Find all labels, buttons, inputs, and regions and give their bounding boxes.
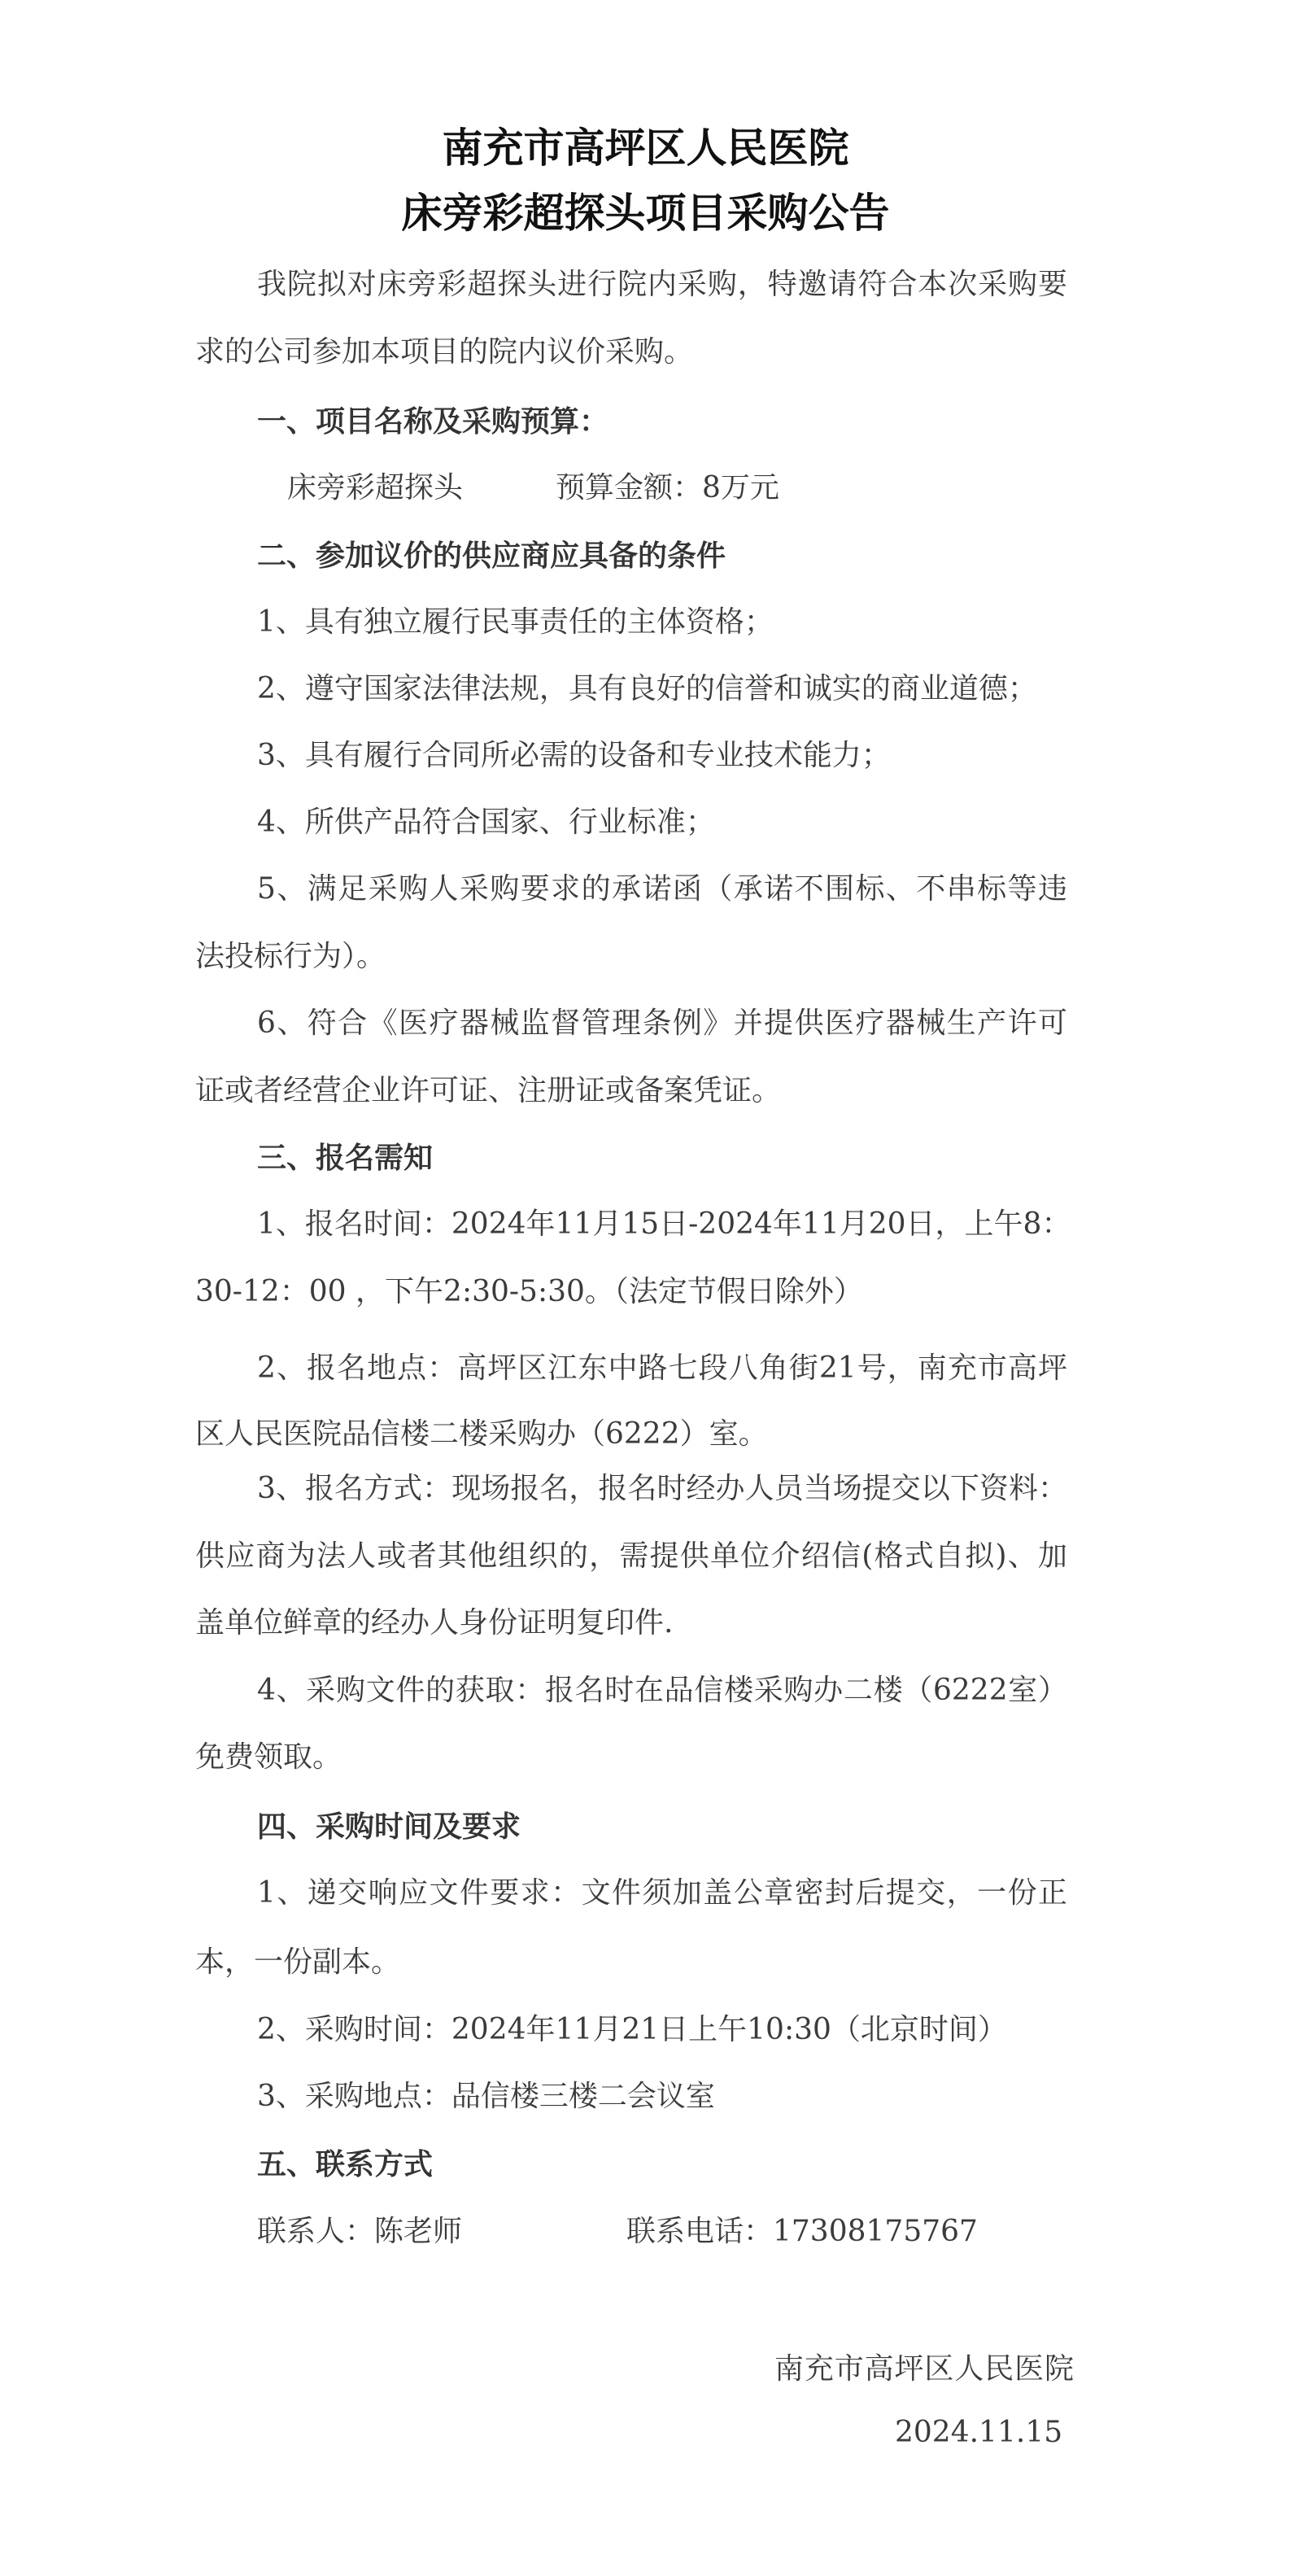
condition-6-line-2: 证或者经营企业许可证、注册证或备案凭证。 <box>195 1073 781 1109</box>
registration-time-line-1: 1、报名时间：2024年11月15日-2024年11月20日，上午8： <box>257 1207 1067 1242</box>
document-acquisition-line-2: 免费领取。 <box>195 1740 342 1775</box>
condition-5-line-1: 5、满足采购人采购要求的承诺函（承诺不围标、不串标等违 <box>257 871 1067 907</box>
procurement-time: 2、采购时间：2024年11月21日上午10:30（北京时间） <box>257 2012 1007 2048</box>
title-announcement: 床旁彩超探头项目采购公告 <box>0 189 1291 238</box>
section-5-heading: 五、联系方式 <box>257 2146 433 2182</box>
item-name: 床旁彩超探头 <box>287 470 463 506</box>
condition-5-line-2: 法投标行为）。 <box>195 939 386 975</box>
section-4-heading: 四、采购时间及要求 <box>257 1809 521 1845</box>
budget-amount: 预算金额：8万元 <box>556 470 779 506</box>
intro-line-1: 我院拟对床旁彩超探头进行院内采购，特邀请符合本次采购要 <box>257 267 1067 303</box>
title-hospital-name: 南充市高坪区人民医院 <box>0 124 1291 172</box>
registration-location-line-1: 2、报名地点：高坪区江东中路七段八角街21号，南充市高坪 <box>257 1351 1067 1386</box>
section-3-heading: 三、报名需知 <box>257 1140 433 1176</box>
condition-3: 3、具有履行合同所必需的设备和专业技术能力； <box>257 738 891 774</box>
submission-requirement-line-2: 本，一份副本。 <box>195 1945 400 1980</box>
signature-date: 2024.11.15 <box>895 2415 1062 2451</box>
submission-requirement-line-1: 1、递交响应文件要求：文件须加盖公章密封后提交，一份正 <box>257 1875 1067 1911</box>
registration-method-line-2: 供应商为法人或者其他组织的，需提供单位介绍信(格式自拟)、加 <box>195 1539 1067 1574</box>
registration-location-line-2: 区人民医院品信楼二楼采购办（6222）室。 <box>195 1417 768 1452</box>
signature-organization: 南充市高坪区人民医院 <box>774 2351 1074 2387</box>
contact-person: 联系人：陈老师 <box>257 2214 462 2250</box>
condition-4: 4、所供产品符合国家、行业标准； <box>257 805 715 840</box>
section-1-heading: 一、项目名称及采购预算： <box>257 404 608 439</box>
condition-1: 1、具有独立履行民事责任的主体资格； <box>257 605 774 640</box>
condition-2: 2、遵守国家法律法规，具有良好的信誉和诚实的商业道德； <box>257 671 1037 707</box>
contact-phone: 联系电话：17308175767 <box>626 2214 978 2250</box>
registration-method-line-1: 3、报名方式：现场报名，报名时经办人员当场提交以下资料： <box>257 1471 1067 1507</box>
document-page: 南充市高坪区人民医院 床旁彩超探头项目采购公告 我院拟对床旁彩超探头进行院内采购… <box>0 0 1291 2576</box>
section-2-heading: 二、参加议价的供应商应具备的条件 <box>257 538 726 574</box>
procurement-location: 3、采购地点：品信楼三楼二会议室 <box>257 2079 715 2115</box>
document-acquisition-line-1: 4、采购文件的获取：报名时在品信楼采购办二楼（6222室） <box>257 1673 1067 1709</box>
condition-6-line-1: 6、符合《医疗器械监督管理条例》并提供医疗器械生产许可 <box>257 1006 1067 1041</box>
registration-time-line-2: 30-12：00 ，下午2:30-5:30。（法定节假日除外） <box>195 1274 863 1310</box>
intro-line-2: 求的公司参加本项目的院内议价采购。 <box>195 334 693 370</box>
registration-method-line-3: 盖单位鲜章的经办人身份证明复印件. <box>195 1605 673 1641</box>
